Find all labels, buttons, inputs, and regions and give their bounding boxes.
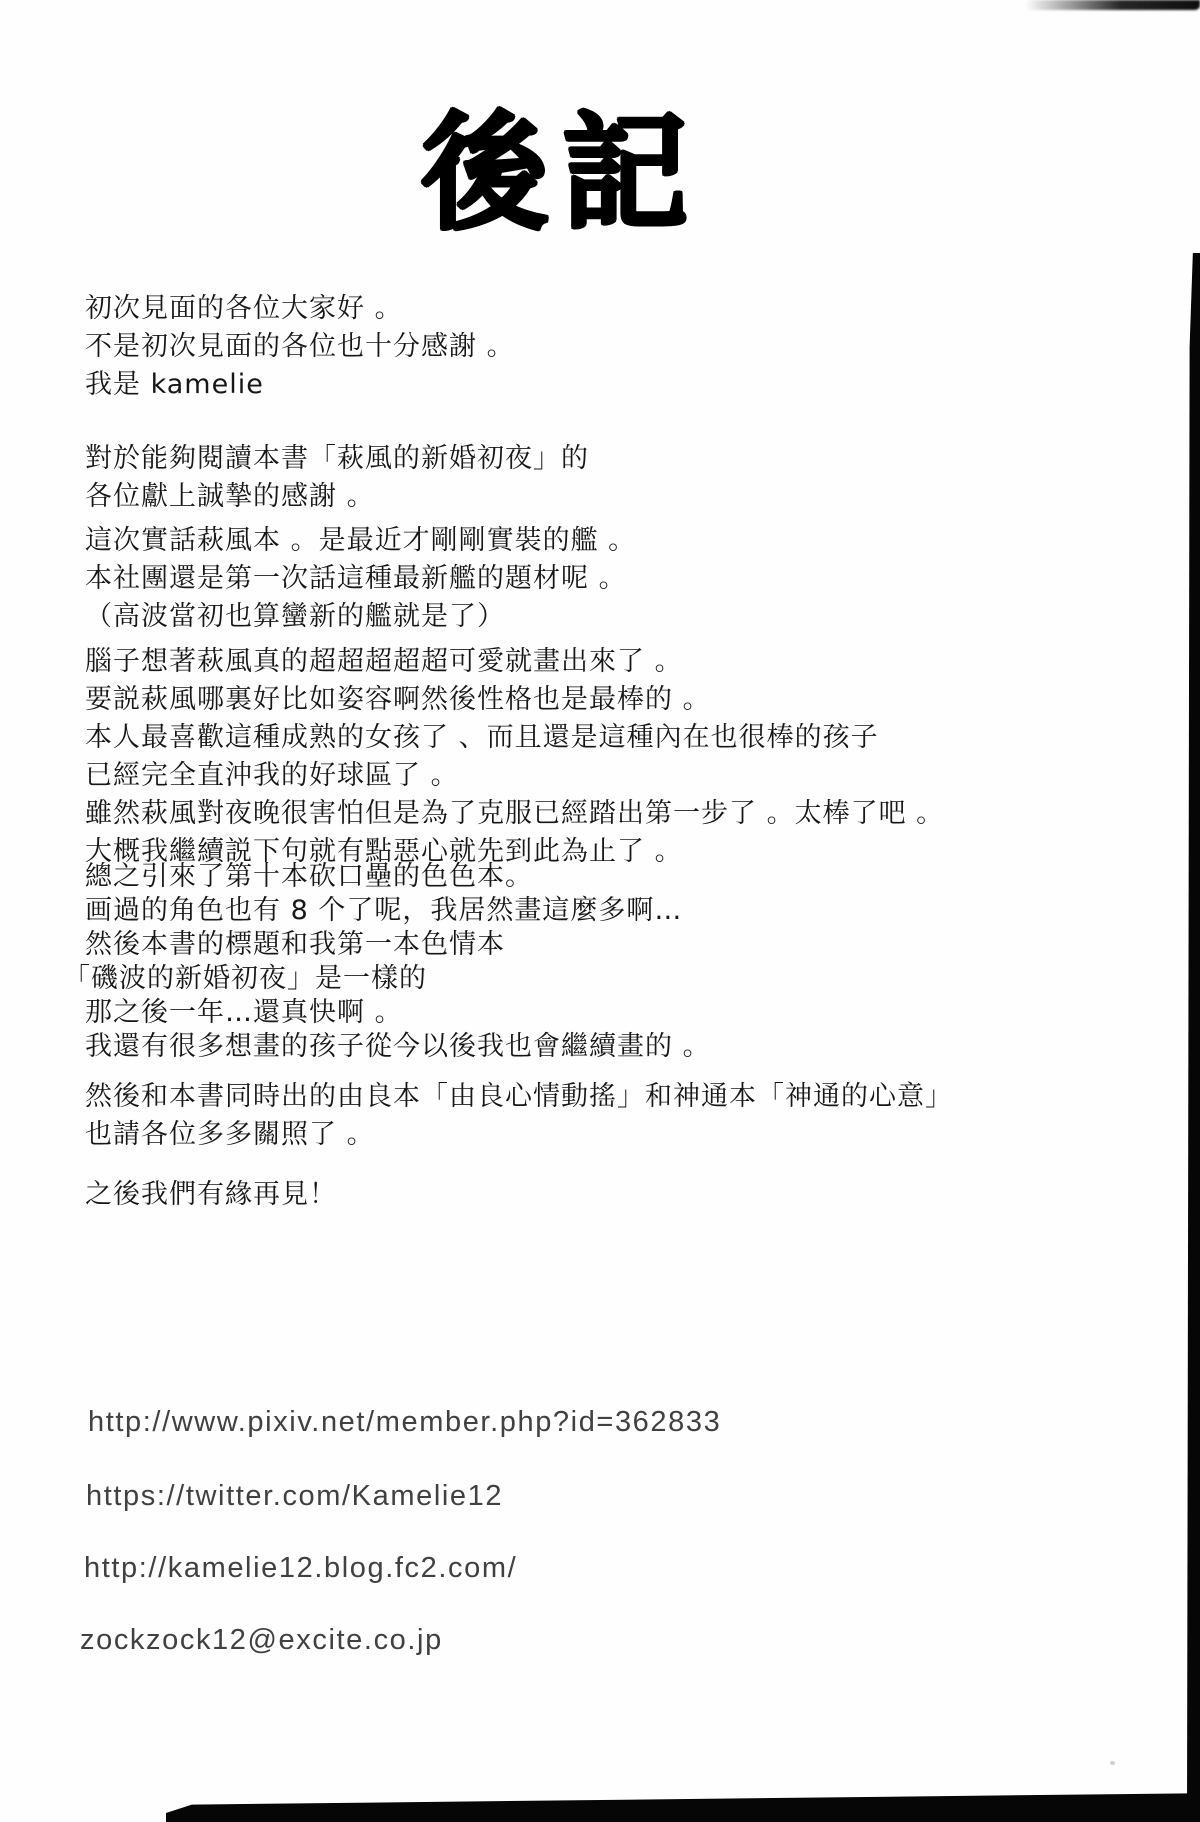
text-line: 各位獻上誠摯的感謝 。 xyxy=(85,478,1160,516)
email-address-text: zockzock12@excite.co.jp xyxy=(80,1624,443,1657)
text-line: 之後我們有緣再見！ xyxy=(85,1176,1160,1214)
scan-border-bottom xyxy=(166,1792,1200,1822)
text-line: 對於能夠閱讀本書「萩風的新婚初夜」的 xyxy=(85,440,1160,478)
text-line: 然後和本書同時出的由良本「由良心情動搖」和神通本「神通的心意」 xyxy=(85,1078,1160,1116)
afterword-paragraph-other-books: 然後和本書同時出的由良本「由良心情動搖」和神通本「神通的心意」 也請各位多多關照… xyxy=(85,1078,1160,1154)
text-line: （高波當初也算蠻新的艦就是了） xyxy=(85,598,1160,636)
text-line: 也請各位多多關照了 。 xyxy=(85,1116,1160,1154)
scan-speck xyxy=(652,1096,656,1100)
afterword-paragraph-tenth-book: 總之引來了第十本砍口壘的色色本。 画過的角色也有 8 个了呢，我居然畫這麼多啊…… xyxy=(85,860,1160,1064)
text-line: 然後本書的標題和我第一本色情本 xyxy=(85,928,1160,962)
pixiv-url-text: http://www.pixiv.net/member.php?id=36283… xyxy=(88,1406,721,1439)
text-line: 雖然萩風對夜晚很害怕但是為了克服已經踏出第一步了 。太棒了吧 。 xyxy=(85,795,1160,833)
blog-url-text: http://kamelie12.blog.fc2.com/ xyxy=(84,1552,517,1585)
afterword-page: 後記 初次見面的各位大家好 。 不是初次見面的各位也十分感謝 。 我是 kame… xyxy=(0,0,1200,1822)
text-line: 我還有很多想畫的孩子從今以後我也會繼續畫的 。 xyxy=(85,1030,1160,1064)
afterword-paragraph-character: 腦子想著萩風真的超超超超超可愛就畫出來了 。 要説萩風哪裏好比如姿容啊然後性格也… xyxy=(85,643,1160,871)
text-line: 本社團還是第一次話這種最新艦的題材呢 。 xyxy=(85,560,1160,598)
text-line: 初次見面的各位大家好 。 xyxy=(85,290,1160,328)
text-line: 總之引來了第十本砍口壘的色色本。 xyxy=(85,860,1160,894)
text-line: 那之後一年…還真快啊 。 xyxy=(85,996,1160,1030)
text-line: 不是初次見面的各位也十分感謝 。 xyxy=(85,328,1160,366)
twitter-url-text: https://twitter.com/Kamelie12 xyxy=(86,1480,503,1513)
page-title: 後記 xyxy=(0,108,1162,240)
afterword-paragraph-thanks: 對於能夠閱讀本書「萩風的新婚初夜」的 各位獻上誠摯的感謝 。 xyxy=(85,440,1160,516)
text-line: 這次實話萩風本 。是最近才剛剛實裝的艦 。 xyxy=(85,522,1160,560)
afterword-paragraph-ship: 這次實話萩風本 。是最近才剛剛實裝的艦 。 本社團還是第一次話這種最新艦的題材呢… xyxy=(85,522,1160,636)
scan-smudge-top-right xyxy=(1025,0,1200,10)
afterword-paragraph-greeting: 初次見面的各位大家好 。 不是初次見面的各位也十分感謝 。 我是 kamelie xyxy=(85,290,1160,404)
text-line: 「磯波的新婚初夜」是一樣的 xyxy=(63,962,1160,996)
text-line: 本人最喜歡這種成熟的女孩了 、而且還是這種內在也很棒的孩子 xyxy=(85,719,1160,757)
text-line: 已經完全直沖我的好球區了 。 xyxy=(85,757,1160,795)
text-line: 我是 kamelie xyxy=(85,366,1160,404)
text-line: 画過的角色也有 8 个了呢，我居然畫這麼多啊… xyxy=(85,894,1160,928)
scan-speck xyxy=(1110,1761,1115,1765)
text-line: 要説萩風哪裏好比如姿容啊然後性格也是最棒的 。 xyxy=(85,681,1160,719)
text-line: 腦子想著萩風真的超超超超超可愛就畫出來了 。 xyxy=(85,643,1160,681)
scan-border-right xyxy=(1187,253,1200,1822)
afterword-paragraph-farewell: 之後我們有緣再見！ xyxy=(85,1176,1160,1214)
